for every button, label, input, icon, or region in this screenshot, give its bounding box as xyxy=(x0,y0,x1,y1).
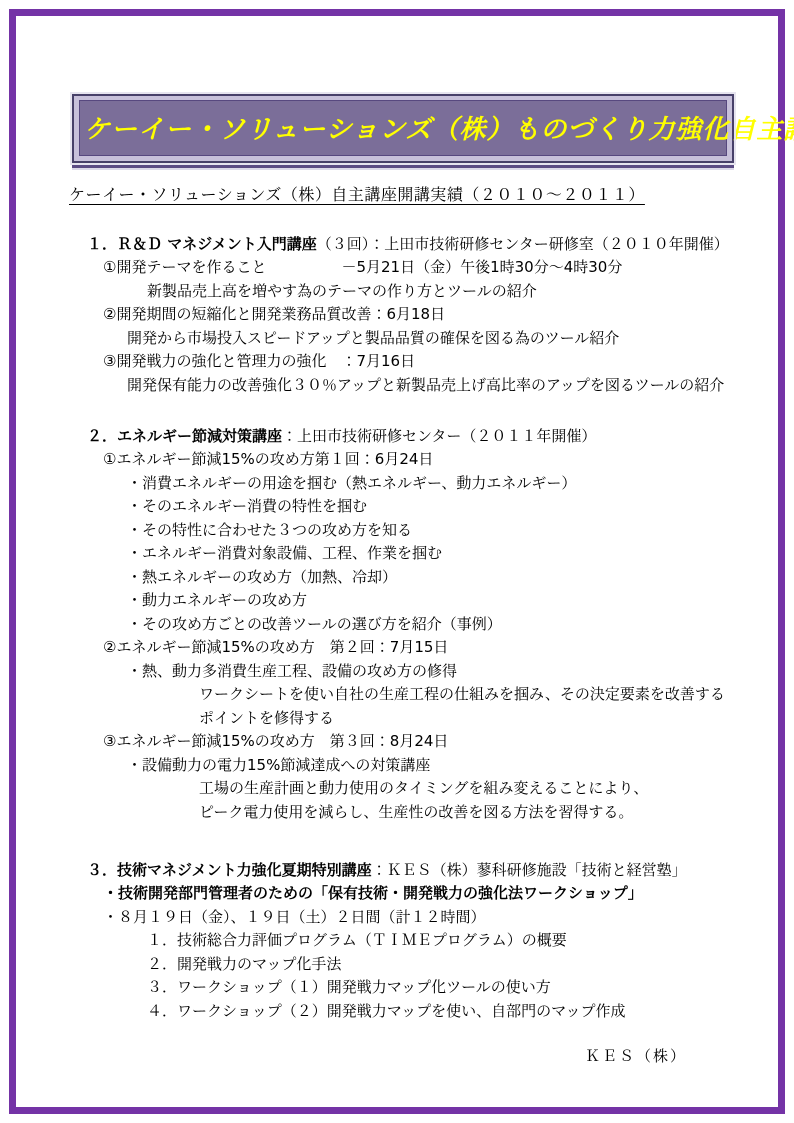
text-line: ポイントを修得する xyxy=(69,707,737,731)
page-title: ケーイー・ソリューションズ（株）ものづくり力強化自主講座 xyxy=(84,115,794,145)
text-line: ワークシートを使い自社の生産工程の仕組みを掴み、その決定要素を改善する xyxy=(69,683,737,707)
section-3: ３．技術マネジメント力強化夏期特別講座：ＫＥＳ（株）蓼科研修施設「技術と経営塾」… xyxy=(69,858,737,1023)
section-heading: ２．エネルギー節減対策講座：上田市技術研修センター（２０１１年開催） xyxy=(69,424,737,448)
text-line: ・消費エネルギーの用途を掴む（熱エネルギー、動力エネルギー） xyxy=(69,472,737,496)
text-line: ・その攻め方ごとの改善ツールの選び方を紹介（事例） xyxy=(69,613,737,637)
section-title-rest: （３回）：上田市技術研修センター研修室（２０１０年開催） xyxy=(317,235,729,253)
subtitle-heading: ケーイー・ソリューションズ（株）自主講座開講実績（２０１０～２０１１） xyxy=(69,182,737,205)
section-title-bold: 技術マネジメント力強化夏期特別講座 xyxy=(117,861,372,879)
text-line: ・熱エネルギーの攻め方（加熱、冷却） xyxy=(69,566,737,590)
text-line: ・そのエネルギー消費の特性を掴む xyxy=(69,495,737,519)
text-line: ・８月１９日（金）、１９日（土）２日間（計１２時間） xyxy=(69,906,737,930)
text-line: ・動力エネルギーの攻め方 xyxy=(69,589,737,613)
text-line: ②エネルギー節減15%の攻め方 第２回：7月15日 xyxy=(69,636,737,660)
section-number: ３． xyxy=(87,861,117,879)
text-line: ２．開発戦力のマップ化手法 xyxy=(69,953,737,977)
text-line: ・熱、動力多消費生産工程、設備の攻め方の修得 xyxy=(69,660,737,684)
text-line: ・技術開発部門管理者のための「保有技術・開発戦力の強化法ワークショップ」 xyxy=(69,882,737,906)
section-number: １． xyxy=(87,235,117,253)
section-heading: ３．技術マネジメント力強化夏期特別講座：ＫＥＳ（株）蓼科研修施設「技術と経営塾」 xyxy=(69,858,737,882)
text-line: ３．ワークショップ（１）開発戦力マップ化ツールの使い方 xyxy=(69,976,737,1000)
text-line: ①開発テーマを作ること －5月21日（金）午後1時30分～4時30分 xyxy=(69,256,737,280)
document-sheet: ケーイー・ソリューションズ（株）ものづくり力強化自主講座 ケーイー・ソリューショ… xyxy=(0,0,794,1123)
section-title-bold: エネルギー節減対策講座 xyxy=(117,427,282,445)
text-line: ・設備動力の電力15%節減達成への対策講座 xyxy=(69,754,737,778)
text-line: 工場の生産計画と動力使用のタイミングを組み変えることにより、 xyxy=(69,777,737,801)
section-title-rest: ：ＫＥＳ（株）蓼科研修施設「技術と経営塾」 xyxy=(372,861,687,879)
text-line: 新製品売上高を増やす為のテーマの作り方とツールの紹介 xyxy=(69,280,737,304)
section-title-rest: ：上田市技術研修センター（２０１１年開催） xyxy=(282,427,596,445)
sections-container: １．Ｒ＆Ｄ マネジメント入門講座（３回）：上田市技術研修センター研修室（２０１０… xyxy=(69,232,737,1023)
section-title-bold: Ｒ＆Ｄ マネジメント入門講座 xyxy=(117,235,317,253)
text-line: ４．ワークショップ（２）開発戦力マップを使い、自部門のマップ作成 xyxy=(69,1000,737,1024)
text-line: ピーク電力使用を減らし、生産性の改善を図る方法を習得する。 xyxy=(69,801,737,825)
title-banner: ケーイー・ソリューションズ（株）ものづくり力強化自主講座 xyxy=(72,94,734,163)
text-line: 開発保有能力の改善強化３０％アップと新製品売上げ高比率のアップを図るツールの紹介 xyxy=(69,374,737,398)
footer-company-name: ＫＥＳ（株） xyxy=(69,1045,737,1066)
section-2: ２．エネルギー節減対策講座：上田市技術研修センター（２０１１年開催）①エネルギー… xyxy=(69,424,737,824)
text-line: １．技術総合力評価プログラム（ＴＩＭＥプログラム）の概要 xyxy=(69,929,737,953)
title-banner-inner: ケーイー・ソリューションズ（株）ものづくり力強化自主講座 xyxy=(79,100,727,156)
text-line: ②開発期間の短縮化と開発業務品質改善：6月18日 xyxy=(69,303,737,327)
section-heading: １．Ｒ＆Ｄ マネジメント入門講座（３回）：上田市技術研修センター研修室（２０１０… xyxy=(69,232,737,256)
text-line: ③開発戦力の強化と管理力の強化 ：7月16日 xyxy=(69,350,737,374)
text-line: ③エネルギー節減15%の攻め方 第３回：8月24日 xyxy=(69,730,737,754)
text-line: ①エネルギー節減15%の攻め方第１回：6月24日 xyxy=(69,448,737,472)
text-line: ・その特性に合わせた３つの攻め方を知る xyxy=(69,519,737,543)
text-line: ・エネルギー消費対象設備、工程、作業を掴む xyxy=(69,542,737,566)
section-number: ２． xyxy=(87,427,117,445)
section-1: １．Ｒ＆Ｄ マネジメント入門講座（３回）：上田市技術研修センター研修室（２０１０… xyxy=(69,232,737,397)
text-line: 開発から市場投入スピードアップと製品品質の確保を図る為のツール紹介 xyxy=(69,327,737,351)
page-content: ケーイー・ソリューションズ（株）ものづくり力強化自主講座 ケーイー・ソリューショ… xyxy=(17,16,777,1107)
